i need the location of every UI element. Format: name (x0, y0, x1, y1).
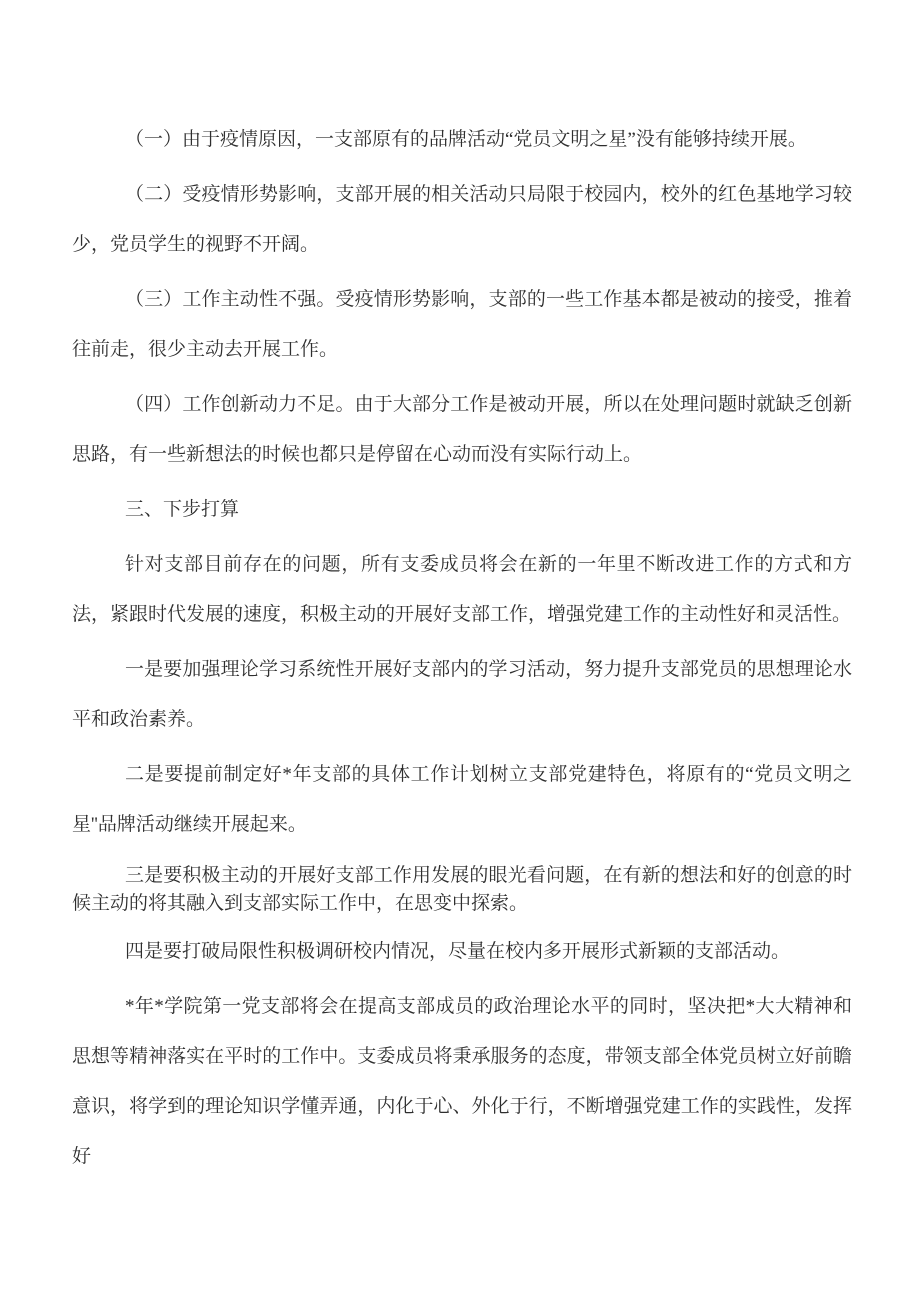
paragraph-measure-3: 三是要积极主动的开展好支部工作用发展的眼光看问题，在有新的想法和好的创意的时候主… (72, 862, 852, 918)
paragraph-closing: *年*学院第一党支部将会在提高支部成员的政治理论水平的同时，坚决把*大大精神和思… (72, 982, 852, 1182)
paragraph-measure-2: 二是要提前制定好*年支部的具体工作计划树立支部党建特色，将原有的“党员文明之星'… (72, 750, 852, 850)
paragraph-issue-1: （一）由于疫情原因，一支部原有的品牌活动“党员文明之星”没有能够持续开展。 (72, 115, 852, 165)
paragraph-issue-2: （二）受疫情形势影响，支部开展的相关活动只局限于校园内，校外的红色基地学习较少，… (72, 170, 852, 270)
paragraph-measure-4: 四是要打破局限性积极调研校内情况，尽量在校内多开展形式新颖的支部活动。 (72, 927, 852, 977)
paragraph-issue-3: （三）工作主动性不强。受疫情形势影响，支部的一些工作基本都是被动的接受，推着往前… (72, 275, 852, 375)
paragraph-issue-4: （四）工作创新动力不足。由于大部分工作是被动开展，所以在处理问题时就缺乏创新思路… (72, 380, 852, 480)
paragraph-measure-1: 一是要加强理论学习系统性开展好支部内的学习活动，努力提升支部党员的思想理论水平和… (72, 645, 852, 745)
paragraph-plan-intro: 针对支部目前存在的问题，所有支委成员将会在新的一年里不断改进工作的方式和方法，紧… (72, 540, 852, 640)
document-page: （一）由于疫情原因，一支部原有的品牌活动“党员文明之星”没有能够持续开展。 （二… (0, 0, 920, 1301)
section-heading-next-steps: 三、下步打算 (72, 485, 852, 535)
